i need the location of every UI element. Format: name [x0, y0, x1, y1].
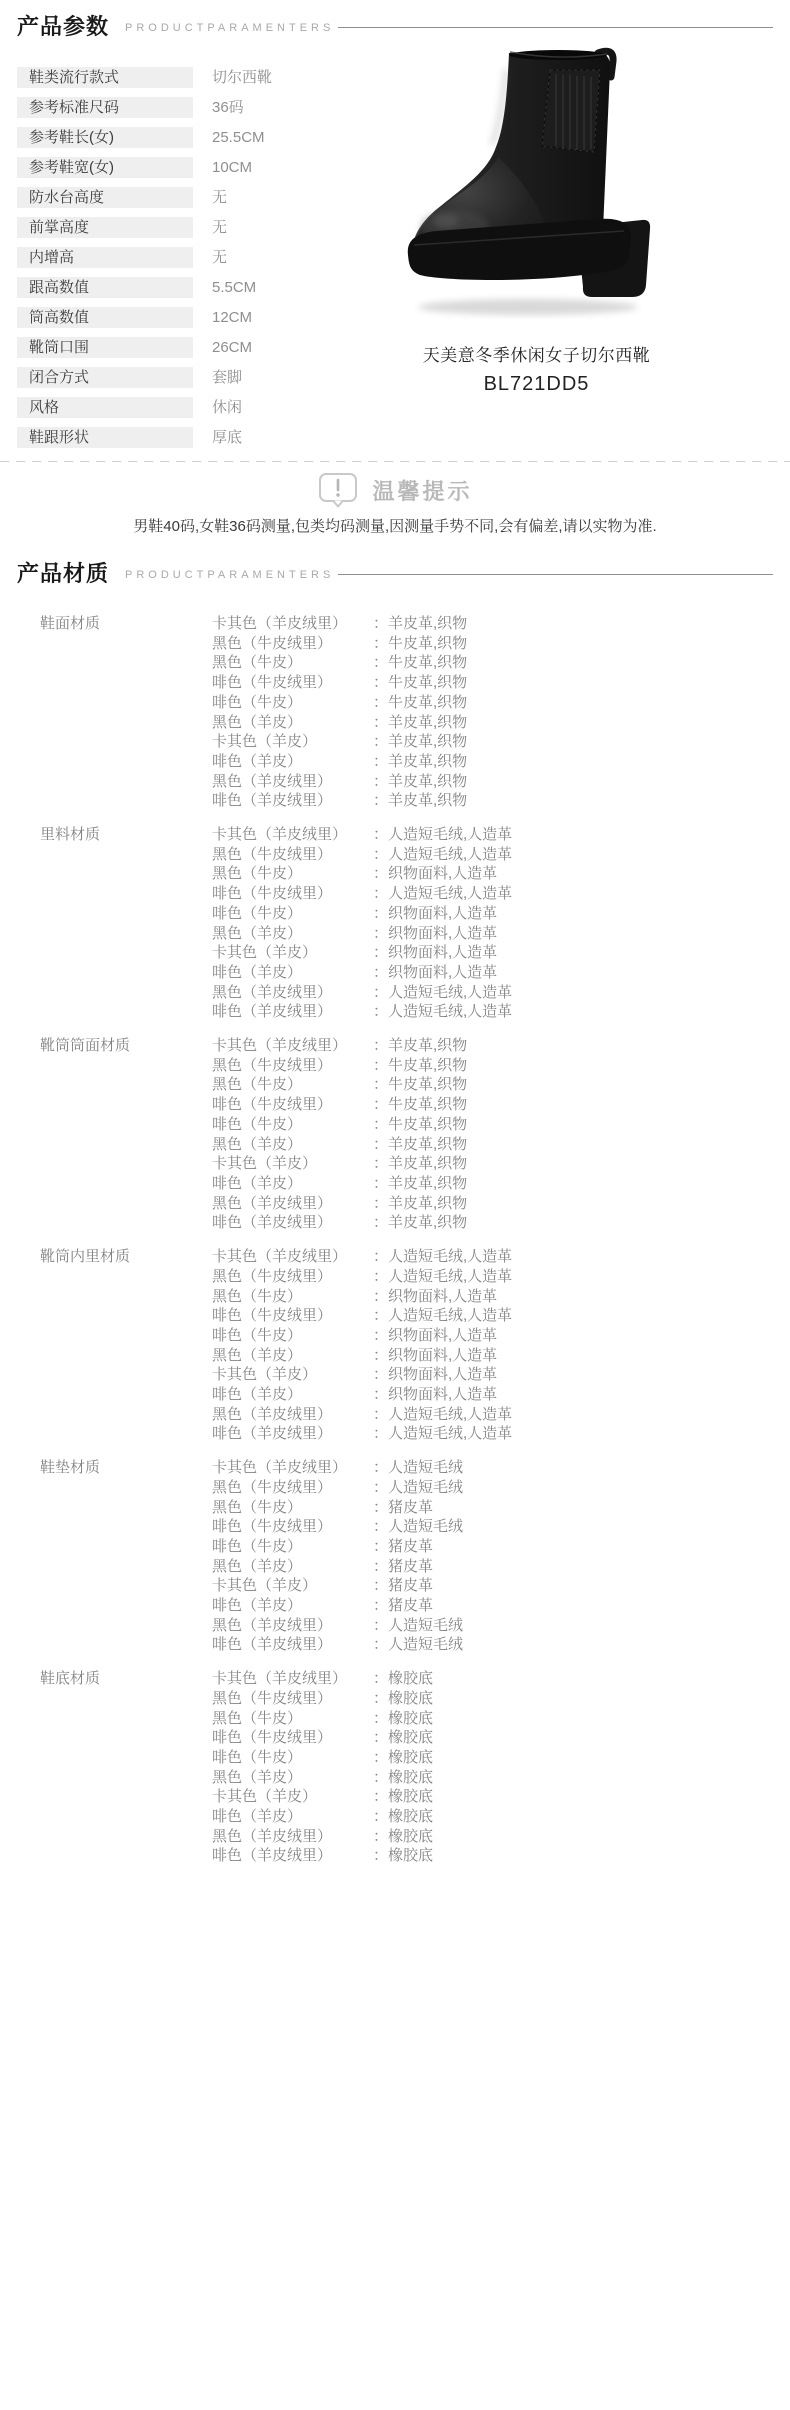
material-color-variant: 卡其色（羊皮绒里） — [212, 1036, 373, 1056]
material-row: 啡色（牛皮绒里）：橡胶底 — [212, 1728, 790, 1748]
tips-text: 男鞋40码,女鞋36码测量,包类均码测量,因测量手势不同,会有偏差,请以实物为准… — [0, 516, 790, 537]
material-row: 黑色（牛皮）：猪皮革 — [212, 1498, 790, 1518]
param-label: 风格 — [17, 397, 193, 418]
material-color-variant: 黑色（羊皮） — [212, 1135, 373, 1155]
material-value: ：人造短毛绒,人造革 — [373, 885, 512, 902]
material-color-variant: 啡色（牛皮） — [212, 1537, 373, 1557]
material-value: ：织物面料,人造革 — [373, 964, 497, 981]
material-value: ：猪皮革 — [373, 1538, 433, 1555]
param-label: 筒高数值 — [17, 307, 193, 328]
material-color-variant: 啡色（羊皮） — [212, 1385, 373, 1405]
material-value: ：人造短毛绒 — [373, 1518, 463, 1535]
material-value: ：织物面料,人造革 — [373, 865, 497, 882]
material-color-variant: 黑色（羊皮绒里） — [212, 983, 373, 1003]
material-color-variant: 啡色（牛皮） — [212, 1115, 373, 1135]
material-row: 啡色（羊皮）：橡胶底 — [212, 1807, 790, 1827]
material-row: 黑色（羊皮绒里）：羊皮革,织物 — [212, 772, 790, 792]
material-row: 黑色（牛皮）：橡胶底 — [212, 1709, 790, 1729]
material-value: ：人造短毛绒,人造革 — [373, 1406, 512, 1423]
param-row: 鞋类流行款式 切尔西靴 — [17, 67, 283, 88]
material-row: 黑色（牛皮绒里）：人造短毛绒,人造革 — [212, 845, 790, 865]
material-value: ：人造短毛绒,人造革 — [373, 1248, 512, 1265]
material-value: ：人造短毛绒 — [373, 1459, 463, 1476]
material-color-variant: 卡其色（羊皮绒里） — [212, 1458, 373, 1478]
material-row: 啡色（牛皮绒里）：牛皮革,织物 — [212, 673, 790, 693]
material-rows: 卡其色（羊皮绒里）：人造短毛绒,人造革黑色（牛皮绒里）：人造短毛绒,人造革黑色（… — [212, 1247, 790, 1444]
material-row: 啡色（羊皮）：羊皮革,织物 — [212, 1174, 790, 1194]
material-color-variant: 啡色（牛皮绒里） — [212, 1306, 373, 1326]
material-value: ：人造短毛绒 — [373, 1636, 463, 1653]
material-value: ：羊皮革,织物 — [373, 792, 467, 809]
param-value: 10CM — [212, 157, 252, 178]
material-rows: 卡其色（羊皮绒里）：羊皮革,织物黑色（牛皮绒里）：牛皮革,织物黑色（牛皮）：牛皮… — [212, 1036, 790, 1233]
param-row: 鞋跟形状 厚底 — [17, 427, 283, 448]
material-color-variant: 啡色（牛皮） — [212, 904, 373, 924]
material-value: ：猪皮革 — [373, 1558, 433, 1575]
material-row: 卡其色（羊皮）：橡胶底 — [212, 1787, 790, 1807]
material-row: 卡其色（羊皮绒里）：人造短毛绒,人造革 — [212, 825, 790, 845]
material-row: 啡色（羊皮绒里）：人造短毛绒,人造革 — [212, 1002, 790, 1022]
material-value: ：织物面料,人造革 — [373, 1347, 497, 1364]
material-value: ：橡胶底 — [373, 1808, 433, 1825]
param-row: 风格 休闲 — [17, 397, 283, 418]
tips-section: 温馨提示 男鞋40码,女鞋36码测量,包类均码测量,因测量手势不同,会有偏差,请… — [0, 461, 790, 537]
material-color-variant: 黑色（牛皮） — [212, 1498, 373, 1518]
param-table: 鞋类流行款式 切尔西靴 参考标准尺码 36码 参考鞋长(女) 25.5CM 参考… — [17, 67, 283, 457]
material-row: 黑色（牛皮绒里）：橡胶底 — [212, 1689, 790, 1709]
material-value: ：人造短毛绒 — [373, 1479, 463, 1496]
param-value: 25.5CM — [212, 127, 265, 148]
material-value: ：猪皮革 — [373, 1577, 433, 1594]
param-value: 无 — [212, 187, 227, 208]
material-color-variant: 黑色（羊皮绒里） — [212, 1827, 373, 1847]
material-value: ：橡胶底 — [373, 1788, 433, 1805]
material-group-label: 鞋底材质 — [40, 1669, 212, 1866]
material-value: ：牛皮革,织物 — [373, 635, 467, 652]
material-value: ：橡胶底 — [373, 1729, 433, 1746]
material-row: 卡其色（羊皮绒里）：人造短毛绒,人造革 — [212, 1247, 790, 1267]
param-row: 闭合方式 套脚 — [17, 367, 283, 388]
param-value: 5.5CM — [212, 277, 256, 298]
material-color-variant: 黑色（牛皮绒里） — [212, 845, 373, 865]
material-color-variant: 黑色（牛皮） — [212, 1287, 373, 1307]
param-label: 参考鞋宽(女) — [17, 157, 193, 178]
material-color-variant: 啡色（牛皮） — [212, 693, 373, 713]
product-detail-page: 产品参数 PRODUCTPARAMENTERS 鞋类流行款式 切尔西靴 参考标准… — [0, 0, 790, 2410]
material-value: ：羊皮革,织物 — [373, 773, 467, 790]
material-row: 啡色（牛皮绒里）：人造短毛绒 — [212, 1517, 790, 1537]
material-value: ：人造短毛绒,人造革 — [373, 1307, 512, 1324]
param-value: 休闲 — [212, 397, 242, 418]
material-color-variant: 啡色（牛皮绒里） — [212, 673, 373, 693]
material-color-variant: 啡色（羊皮绒里） — [212, 791, 373, 811]
material-color-variant: 啡色（羊皮绒里） — [212, 1002, 373, 1022]
params-top-area: 鞋类流行款式 切尔西靴 参考标准尺码 36码 参考鞋长(女) 25.5CM 参考… — [0, 67, 790, 457]
material-color-variant: 啡色（牛皮） — [212, 1326, 373, 1346]
material-row: 黑色（羊皮绒里）：羊皮革,织物 — [212, 1194, 790, 1214]
material-value: ：织物面料,人造革 — [373, 1386, 497, 1403]
param-value: 切尔西靴 — [212, 67, 272, 88]
material-row: 啡色（牛皮绒里）：人造短毛绒,人造革 — [212, 884, 790, 904]
material-value: ：牛皮革,织物 — [373, 1057, 467, 1074]
material-row: 啡色（牛皮）：织物面料,人造革 — [212, 904, 790, 924]
material-row: 黑色（牛皮）：牛皮革,织物 — [212, 1075, 790, 1095]
param-row: 内增高 无 — [17, 247, 283, 268]
material-color-variant: 啡色（羊皮） — [212, 1807, 373, 1827]
material-value: ：羊皮革,织物 — [373, 1214, 467, 1231]
material-color-variant: 卡其色（羊皮绒里） — [212, 1247, 373, 1267]
material-row: 啡色（牛皮）：织物面料,人造革 — [212, 1326, 790, 1346]
material-row: 黑色（牛皮）：织物面料,人造革 — [212, 1287, 790, 1307]
material-group: 鞋底材质 卡其色（羊皮绒里）：橡胶底黑色（牛皮绒里）：橡胶底黑色（牛皮）：橡胶底… — [40, 1669, 790, 1866]
material-value: ：羊皮革,织物 — [373, 1155, 467, 1172]
material-group-label: 靴筒筒面材质 — [40, 1036, 212, 1233]
dashed-divider — [0, 461, 790, 462]
material-color-variant: 啡色（羊皮） — [212, 752, 373, 772]
material-row: 卡其色（羊皮绒里）：人造短毛绒 — [212, 1458, 790, 1478]
tips-header: 温馨提示 — [0, 472, 790, 508]
material-row: 黑色（羊皮绒里）：人造短毛绒,人造革 — [212, 983, 790, 1003]
param-label: 靴筒口围 — [17, 337, 193, 358]
param-label: 防水台高度 — [17, 187, 193, 208]
material-color-variant: 啡色（牛皮绒里） — [212, 1095, 373, 1115]
material-value: ：牛皮革,织物 — [373, 1116, 467, 1133]
material-group-label: 鞋面材质 — [40, 614, 212, 811]
material-color-variant: 卡其色（羊皮绒里） — [212, 1669, 373, 1689]
material-row: 黑色（牛皮）：织物面料,人造革 — [212, 864, 790, 884]
material-row: 卡其色（羊皮）：织物面料,人造革 — [212, 1365, 790, 1385]
material-row: 啡色（牛皮绒里）：人造短毛绒,人造革 — [212, 1306, 790, 1326]
material-group-label: 鞋垫材质 — [40, 1458, 212, 1655]
material-row: 啡色（羊皮绒里）：橡胶底 — [212, 1846, 790, 1866]
material-row: 啡色（羊皮绒里）：羊皮革,织物 — [212, 1213, 790, 1233]
material-row: 黑色（牛皮绒里）：牛皮革,织物 — [212, 634, 790, 654]
material-value: ：织物面料,人造革 — [373, 944, 497, 961]
material-group: 鞋垫材质 卡其色（羊皮绒里）：人造短毛绒黑色（牛皮绒里）：人造短毛绒黑色（牛皮）… — [40, 1458, 790, 1655]
material-value: ：人造短毛绒,人造革 — [373, 846, 512, 863]
material-group-label: 里料材质 — [40, 825, 212, 1022]
param-label: 跟高数值 — [17, 277, 193, 298]
material-value: ：猪皮革 — [373, 1597, 433, 1614]
param-value: 套脚 — [212, 367, 242, 388]
material-rows: 卡其色（羊皮绒里）：人造短毛绒,人造革黑色（牛皮绒里）：人造短毛绒,人造革黑色（… — [212, 825, 790, 1022]
product-visual: 天美意冬季休闲女子切尔西靴 BL721DD5 — [283, 39, 790, 457]
material-row: 卡其色（羊皮）：羊皮革,织物 — [212, 1154, 790, 1174]
material-color-variant: 黑色（羊皮绒里） — [212, 1194, 373, 1214]
material-color-variant: 啡色（牛皮绒里） — [212, 884, 373, 904]
materials-section-subtitle: PRODUCTPARAMENTERS — [125, 565, 334, 581]
material-row: 黑色（羊皮）：织物面料,人造革 — [212, 924, 790, 944]
param-value: 厚底 — [212, 427, 242, 448]
param-label: 参考鞋长(女) — [17, 127, 193, 148]
param-row: 前掌高度 无 — [17, 217, 283, 238]
material-value: ：织物面料,人造革 — [373, 1366, 497, 1383]
material-row: 啡色（羊皮）：织物面料,人造革 — [212, 963, 790, 983]
material-row: 黑色（牛皮绒里）：牛皮革,织物 — [212, 1056, 790, 1076]
param-label: 前掌高度 — [17, 217, 193, 238]
material-value: ：牛皮革,织物 — [373, 694, 467, 711]
param-label: 闭合方式 — [17, 367, 193, 388]
params-section: 产品参数 PRODUCTPARAMENTERS 鞋类流行款式 切尔西靴 参考标准… — [0, 0, 790, 457]
material-color-variant: 黑色（羊皮） — [212, 924, 373, 944]
material-row: 啡色（羊皮）：织物面料,人造革 — [212, 1385, 790, 1405]
exclamation-bubble-icon — [317, 472, 359, 508]
param-row: 参考标准尺码 36码 — [17, 97, 283, 118]
material-row: 啡色（牛皮绒里）：牛皮革,织物 — [212, 1095, 790, 1115]
param-value: 26CM — [212, 337, 252, 358]
material-color-variant: 卡其色（羊皮绒里） — [212, 825, 373, 845]
param-label: 内增高 — [17, 247, 193, 268]
material-row: 卡其色（羊皮绒里）：羊皮革,织物 — [212, 614, 790, 634]
param-row: 参考鞋长(女) 25.5CM — [17, 127, 283, 148]
material-row: 啡色（羊皮绒里）：羊皮革,织物 — [212, 791, 790, 811]
material-value: ：羊皮革,织物 — [373, 733, 467, 750]
material-row: 黑色（羊皮）：猪皮革 — [212, 1557, 790, 1577]
material-group: 里料材质 卡其色（羊皮绒里）：人造短毛绒,人造革黑色（牛皮绒里）：人造短毛绒,人… — [40, 825, 790, 1022]
material-value: ：人造短毛绒,人造革 — [373, 826, 512, 843]
material-color-variant: 黑色（羊皮绒里） — [212, 1405, 373, 1425]
material-row: 卡其色（羊皮）：羊皮革,织物 — [212, 732, 790, 752]
materials-section-header: 产品材质 PRODUCTPARAMENTERS — [0, 547, 790, 588]
tips-title: 温馨提示 — [372, 475, 472, 506]
params-section-subtitle: PRODUCTPARAMENTERS — [125, 18, 334, 34]
material-value: ：人造短毛绒,人造革 — [373, 984, 512, 1001]
material-value: ：羊皮革,织物 — [373, 615, 467, 632]
material-value: ：猪皮革 — [373, 1499, 433, 1516]
material-color-variant: 黑色（牛皮绒里） — [212, 1267, 373, 1287]
material-value: ：人造短毛绒,人造革 — [373, 1268, 512, 1285]
material-row: 黑色（羊皮）：羊皮革,织物 — [212, 1135, 790, 1155]
material-group: 靴筒筒面材质 卡其色（羊皮绒里）：羊皮革,织物黑色（牛皮绒里）：牛皮革,织物黑色… — [40, 1036, 790, 1233]
materials-section: 产品材质 PRODUCTPARAMENTERS 鞋面材质 卡其色（羊皮绒里）：羊… — [0, 547, 790, 1866]
material-color-variant: 卡其色（羊皮） — [212, 943, 373, 963]
param-row: 防水台高度 无 — [17, 187, 283, 208]
material-color-variant: 卡其色（羊皮） — [212, 1576, 373, 1596]
material-value: ：牛皮革,织物 — [373, 654, 467, 671]
param-value: 36码 — [212, 97, 244, 118]
material-value: ：牛皮革,织物 — [373, 674, 467, 691]
material-color-variant: 黑色（羊皮绒里） — [212, 1616, 373, 1636]
material-value: ：织物面料,人造革 — [373, 1288, 497, 1305]
material-row: 啡色（牛皮）：猪皮革 — [212, 1537, 790, 1557]
material-value: ：羊皮革,织物 — [373, 1037, 467, 1054]
material-value: ：橡胶底 — [373, 1690, 433, 1707]
material-color-variant: 啡色（羊皮） — [212, 1596, 373, 1616]
material-row: 卡其色（羊皮）：织物面料,人造革 — [212, 943, 790, 963]
material-row: 黑色（羊皮）：羊皮革,织物 — [212, 713, 790, 733]
header-rule — [338, 574, 773, 575]
material-row: 啡色（羊皮）：羊皮革,织物 — [212, 752, 790, 772]
material-value: ：橡胶底 — [373, 1670, 433, 1687]
material-color-variant: 黑色（牛皮绒里） — [212, 1478, 373, 1498]
material-value: ：织物面料,人造革 — [373, 1327, 497, 1344]
material-groups: 鞋面材质 卡其色（羊皮绒里）：羊皮革,织物黑色（牛皮绒里）：牛皮革,织物黑色（牛… — [0, 614, 790, 1866]
material-value: ：牛皮革,织物 — [373, 1096, 467, 1113]
material-value: ：橡胶底 — [373, 1847, 433, 1864]
param-value: 无 — [212, 247, 227, 268]
header-rule — [338, 27, 773, 28]
product-name: 天美意冬季休闲女子切尔西靴 — [423, 341, 651, 366]
material-row: 啡色（牛皮）：牛皮革,织物 — [212, 1115, 790, 1135]
params-section-title: 产品参数 — [17, 10, 109, 41]
material-row: 黑色（羊皮绒里）：人造短毛绒,人造革 — [212, 1405, 790, 1425]
material-value: ：牛皮革,织物 — [373, 1076, 467, 1093]
material-color-variant: 黑色（羊皮） — [212, 1557, 373, 1577]
material-color-variant: 啡色（羊皮绒里） — [212, 1635, 373, 1655]
material-color-variant: 黑色（羊皮绒里） — [212, 772, 373, 792]
material-value: ：羊皮革,织物 — [373, 714, 467, 731]
material-color-variant: 卡其色（羊皮） — [212, 1787, 373, 1807]
material-group: 靴筒内里材质 卡其色（羊皮绒里）：人造短毛绒,人造革黑色（牛皮绒里）：人造短毛绒… — [40, 1247, 790, 1444]
material-value: ：羊皮革,织物 — [373, 1195, 467, 1212]
material-value: ：织物面料,人造革 — [373, 925, 497, 942]
material-group: 鞋面材质 卡其色（羊皮绒里）：羊皮革,织物黑色（牛皮绒里）：牛皮革,织物黑色（牛… — [40, 614, 790, 811]
material-row: 黑色（牛皮）：牛皮革,织物 — [212, 653, 790, 673]
material-row: 卡其色（羊皮）：猪皮革 — [212, 1576, 790, 1596]
param-row: 参考鞋宽(女) 10CM — [17, 157, 283, 178]
param-row: 靴筒口围 26CM — [17, 337, 283, 358]
material-row: 黑色（羊皮绒里）：橡胶底 — [212, 1827, 790, 1847]
param-row: 跟高数值 5.5CM — [17, 277, 283, 298]
material-color-variant: 黑色（牛皮绒里） — [212, 1056, 373, 1076]
material-color-variant: 啡色（牛皮绒里） — [212, 1728, 373, 1748]
material-color-variant: 黑色（牛皮绒里） — [212, 1689, 373, 1709]
chelsea-boot-product-image — [402, 39, 672, 319]
material-color-variant: 卡其色（羊皮） — [212, 1154, 373, 1174]
param-value: 无 — [212, 217, 227, 238]
material-value: ：人造短毛绒,人造革 — [373, 1425, 512, 1442]
param-label: 鞋类流行款式 — [17, 67, 193, 88]
param-value: 12CM — [212, 307, 252, 328]
material-row: 黑色（羊皮）：橡胶底 — [212, 1768, 790, 1788]
material-row: 啡色（牛皮）：牛皮革,织物 — [212, 693, 790, 713]
material-rows: 卡其色（羊皮绒里）：羊皮革,织物黑色（牛皮绒里）：牛皮革,织物黑色（牛皮）：牛皮… — [212, 614, 790, 811]
material-value: ：橡胶底 — [373, 1769, 433, 1786]
material-row: 黑色（牛皮绒里）：人造短毛绒,人造革 — [212, 1267, 790, 1287]
param-row: 筒高数值 12CM — [17, 307, 283, 328]
materials-section-title: 产品材质 — [17, 557, 109, 588]
material-row: 黑色（羊皮）：织物面料,人造革 — [212, 1346, 790, 1366]
product-model: BL721DD5 — [484, 373, 590, 396]
material-color-variant: 黑色（牛皮） — [212, 653, 373, 673]
material-color-variant: 卡其色（羊皮） — [212, 1365, 373, 1385]
material-color-variant: 黑色（牛皮） — [212, 1075, 373, 1095]
material-color-variant: 啡色（羊皮） — [212, 963, 373, 983]
material-value: ：羊皮革,织物 — [373, 1175, 467, 1192]
material-row: 黑色（羊皮绒里）：人造短毛绒 — [212, 1616, 790, 1636]
material-value: ：羊皮革,织物 — [373, 1136, 467, 1153]
material-row: 啡色（羊皮绒里）：人造短毛绒,人造革 — [212, 1424, 790, 1444]
material-row: 卡其色（羊皮绒里）：橡胶底 — [212, 1669, 790, 1689]
material-color-variant: 黑色（羊皮） — [212, 1768, 373, 1788]
material-color-variant: 黑色（牛皮绒里） — [212, 634, 373, 654]
material-color-variant: 啡色（羊皮绒里） — [212, 1846, 373, 1866]
material-value: ：橡胶底 — [373, 1710, 433, 1727]
material-color-variant: 啡色（牛皮绒里） — [212, 1517, 373, 1537]
material-color-variant: 啡色（牛皮） — [212, 1748, 373, 1768]
material-value: ：橡胶底 — [373, 1828, 433, 1845]
material-row: 卡其色（羊皮绒里）：羊皮革,织物 — [212, 1036, 790, 1056]
material-value: ：橡胶底 — [373, 1749, 433, 1766]
material-row: 黑色（牛皮绒里）：人造短毛绒 — [212, 1478, 790, 1498]
material-value: ：人造短毛绒 — [373, 1617, 463, 1634]
material-color-variant: 黑色（羊皮） — [212, 713, 373, 733]
material-color-variant: 黑色（牛皮） — [212, 864, 373, 884]
material-row: 啡色（羊皮）：猪皮革 — [212, 1596, 790, 1616]
material-color-variant: 啡色（羊皮绒里） — [212, 1424, 373, 1444]
material-group-label: 靴筒内里材质 — [40, 1247, 212, 1444]
material-value: ：织物面料,人造革 — [373, 905, 497, 922]
param-label: 鞋跟形状 — [17, 427, 193, 448]
material-rows: 卡其色（羊皮绒里）：人造短毛绒黑色（牛皮绒里）：人造短毛绒黑色（牛皮）：猪皮革啡… — [212, 1458, 790, 1655]
material-color-variant: 卡其色（羊皮绒里） — [212, 614, 373, 634]
material-color-variant: 卡其色（羊皮） — [212, 732, 373, 752]
material-color-variant: 黑色（羊皮） — [212, 1346, 373, 1366]
material-value: ：羊皮革,织物 — [373, 753, 467, 770]
material-rows: 卡其色（羊皮绒里）：橡胶底黑色（牛皮绒里）：橡胶底黑色（牛皮）：橡胶底啡色（牛皮… — [212, 1669, 790, 1866]
material-row: 啡色（牛皮）：橡胶底 — [212, 1748, 790, 1768]
material-color-variant: 啡色（羊皮） — [212, 1174, 373, 1194]
material-color-variant: 黑色（牛皮） — [212, 1709, 373, 1729]
params-section-header: 产品参数 PRODUCTPARAMENTERS — [0, 0, 790, 41]
material-value: ：人造短毛绒,人造革 — [373, 1003, 512, 1020]
param-label: 参考标准尺码 — [17, 97, 193, 118]
material-row: 啡色（羊皮绒里）：人造短毛绒 — [212, 1635, 790, 1655]
material-color-variant: 啡色（羊皮绒里） — [212, 1213, 373, 1233]
